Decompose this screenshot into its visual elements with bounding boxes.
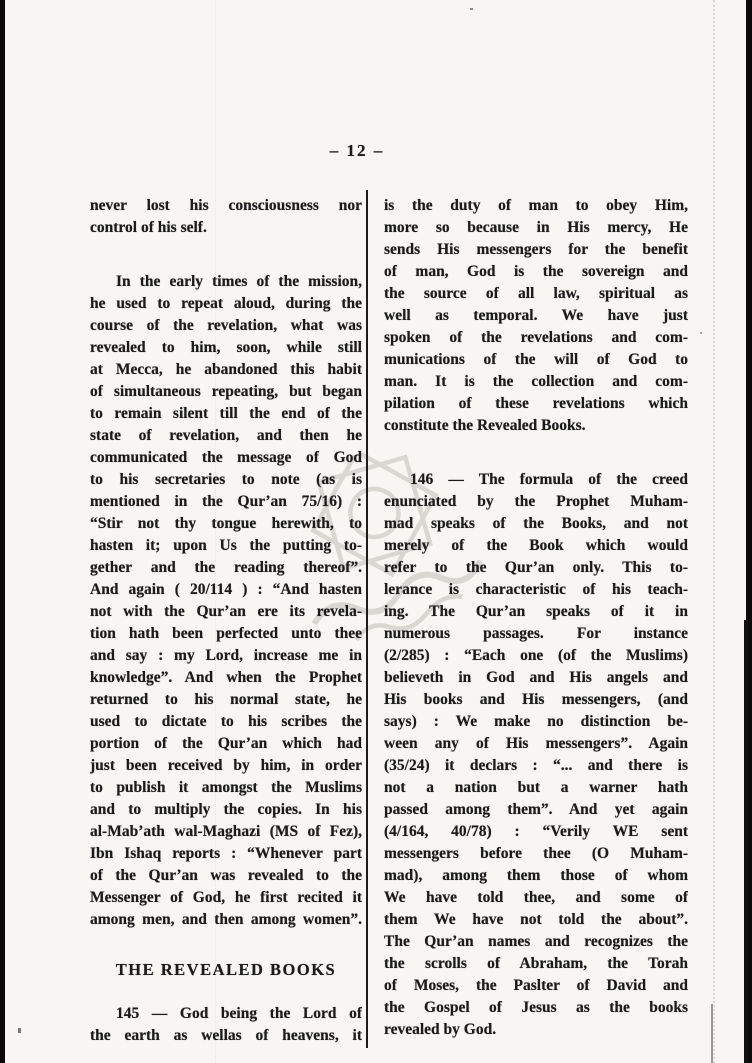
text-line: the source of all law, spiritual as [384,283,688,305]
text-line: to publish it amongst the Muslims [90,777,362,799]
text-line: well as temporal. We have just [384,305,688,327]
right-column: is the duty of man to obey Him,more so b… [384,195,688,1041]
text-line: course of the revelation, what was [90,315,362,337]
text-line: His books and His messengers, (and [384,689,688,711]
text-line: man. It is the collection and com- [384,371,688,393]
scan-speck [18,1028,21,1033]
text-line: messengers before thee (O Muham- [384,843,688,865]
text-line: ing. The Qur’an speaks of it in [384,601,688,623]
text-line: at Mecca, he abandoned this habit [90,359,362,381]
text-line: merely of the Book which would [384,535,688,557]
margin-fold-line [713,0,715,1063]
text-line: mentioned in the Qur’an 75/16) : [90,491,362,513]
text-line: and to multiply the copies. In his [90,799,362,821]
text-line: and say : my Lord, increase me in [90,645,362,667]
text-line: of simultaneous repeating, but began [90,381,362,403]
text-line: In the early times of the mission, [90,271,362,293]
text-line: believeth in God and His angels and [384,667,688,689]
text-line: munications of the will of God to [384,349,688,371]
text-line: never lost his consciousness nor [90,195,362,217]
text-line: control of his self. [90,217,362,239]
text-line: refer to the Qur’an only. This to- [384,557,688,579]
text-line: lerance is characteristic of his teach- [384,579,688,601]
text-line: (4/164, 40/78) : “Verily WE sent [384,821,688,843]
scan-speck [470,8,473,10]
text-line: passed among them”. And yet again [384,799,688,821]
paragraph: 145 — God being the Lord ofthe earth as … [90,1003,362,1047]
text-line: gether and the reading thereof”. [90,557,362,579]
paragraph: is the duty of man to obey Him,more so b… [384,195,688,437]
text-line: revealed by God. [384,1019,688,1041]
text-line: of the Qur’an was revealed to the [90,865,362,887]
text-line: hasten it; upon Us the putting to- [90,535,362,557]
page-number: – 12 – [297,141,417,161]
text-line: knowledge”. And when the Prophet [90,667,362,689]
text-line: mad), among them those of whom [384,865,688,887]
text-line: numerous passages. For instance [384,623,688,645]
text-line: says) : We make no distinction be- [384,711,688,733]
text-line: not with the Qur’an ere its revela- [90,601,362,623]
text-line: returned to his normal state, he [90,689,362,711]
text-line: among men, and then among women”. [90,909,362,931]
text-line: al-Mab’ath wal-Maghazi (MS of Fez), [90,821,362,843]
column-divider [366,190,368,1048]
text-line: pilation of these revelations which [384,393,688,415]
text-line: We have told thee, and some of [384,887,688,909]
scan-edge-right-lower [744,620,748,1063]
text-line: the scrolls of Abraham, the Torah [384,953,688,975]
text-line: used to dictate to his scribes the [90,711,362,733]
scan-speck [700,332,702,334]
text-line: Messenger of God, he first recited it [90,887,362,909]
text-line: the Gospel of Jesus as the books [384,997,688,1019]
text-line: revealed to him, soon, while still [90,337,362,359]
text-line: (35/24) it declars : “... and there is [384,755,688,777]
scan-edge-left [0,0,5,1063]
text-line: (2/285) : “Each one (of the Muslims) [384,645,688,667]
text-line: And again ( 20/114 ) : “And hasten [90,579,362,601]
text-line: of Moses, the Paslter of David and [384,975,688,997]
text-line: sends His messengers for the benefit [384,239,688,261]
paragraph: 146 — The formula of the creedenunciated… [384,469,688,1041]
text-line: constitute the Revealed Books. [384,415,688,437]
text-line: portion of the Qur’an which had [90,733,362,755]
text-line: is the duty of man to obey Him, [384,195,688,217]
text-line: not a nation but a warner hath [384,777,688,799]
text-line: 146 — The formula of the creed [384,469,688,491]
text-line: of man, God is the sovereign and [384,261,688,283]
scan-scratch [711,1004,713,1063]
text-line: enunciated by the Prophet Muham- [384,491,688,513]
text-line: mad speaks of the Books, and not [384,513,688,535]
text-line: just been received by him, in order [90,755,362,777]
left-column: never lost his consciousness norcontrol … [90,195,362,1047]
text-line: state of revelation, and then he [90,425,362,447]
text-line: he used to repeat aloud, during the [90,293,362,315]
paragraph: In the early times of the mission,he use… [90,271,362,931]
text-line: ween any of His messengers”. Again [384,733,688,755]
text-line: “Stir not thy tongue herewith, to [90,513,362,535]
text-line: Ibn Ishaq reports : “Whenever part [90,843,362,865]
paragraph: never lost his consciousness norcontrol … [90,195,362,239]
section-heading: THE REVEALED BOOKS [90,959,362,981]
text-line: The Qur’an names and recognizes the [384,931,688,953]
text-line: spoken of the revelations and com- [384,327,688,349]
text-line: 145 — God being the Lord of [90,1003,362,1025]
text-line: more so because in His mercy, He [384,217,688,239]
text-line: tion hath been perfected unto thee [90,623,362,645]
text-line: them We have not told the about”. [384,909,688,931]
text-line: to his secretaries to note (as is [90,469,362,491]
text-line: to remain silent till the end of the [90,403,362,425]
scanned-page: – 12 – never lost his consciousness norc… [0,0,752,1063]
text-line: the earth as wellas of heavens, it [90,1025,362,1047]
text-line: communicated the message of God [90,447,362,469]
